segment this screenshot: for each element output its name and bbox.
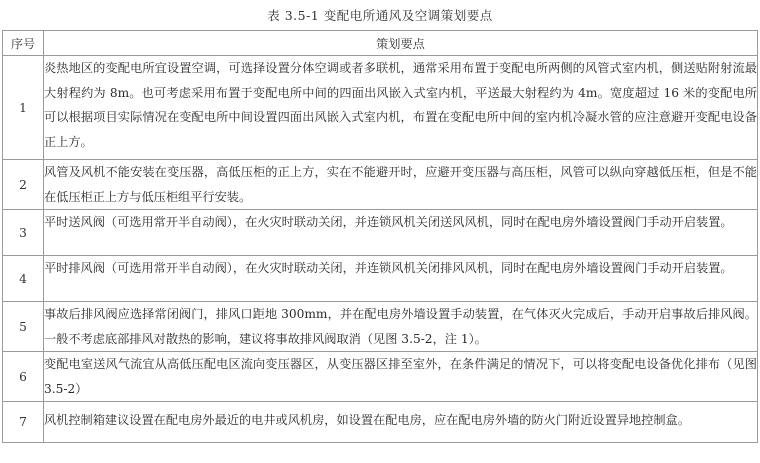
- row-text: 平时送风阀（可选用常开半自动阀），在火灾时联动关闭，并连锁风机关闭送风风机，同时…: [44, 210, 758, 256]
- row-text: 变配电室送风气流宜从高低压配电区流向变压器区，从变压器区排至室外，在条件满足的情…: [44, 352, 758, 402]
- table-row: 7 风机控制箱建议设置在配电房外最近的电井或风机房，如设置在配电房，应在配电房外…: [3, 402, 758, 443]
- row-text: 炎热地区的变配电所宜设置空调，可选择设置分体空调或者多联机，通常采用布置于变配电…: [44, 56, 758, 160]
- header-planning-points: 策划要点: [44, 31, 758, 56]
- row-text: 风管及风机不能安装在变压器，高低压柜的正上方，实在不能避开时，应避开变压器与高压…: [44, 160, 758, 210]
- row-number: 7: [3, 402, 44, 443]
- table-row: 6 变配电室送风气流宜从高低压配电区流向变压器区，从变压器区排至室外，在条件满足…: [3, 352, 758, 402]
- table-row: 4 平时排风阀（可选用常开半自动阀），在火灾时联动关闭，并连锁风机关闭排风风机，…: [3, 256, 758, 302]
- row-number: 6: [3, 352, 44, 402]
- table-header-row: 序号 策划要点: [3, 31, 758, 56]
- row-text: 平时排风阀（可选用常开半自动阀），在火灾时联动关闭，并连锁风机关闭排风风机，同时…: [44, 256, 758, 302]
- ventilation-planning-table: 序号 策划要点 1 炎热地区的变配电所宜设置空调，可选择设置分体空调或者多联机，…: [2, 30, 758, 443]
- row-number: 2: [3, 160, 44, 210]
- header-serial-number: 序号: [3, 31, 44, 56]
- row-text: 风机控制箱建议设置在配电房外最近的电井或风机房，如设置在配电房，应在配电房外墙的…: [44, 402, 758, 443]
- row-number: 5: [3, 302, 44, 352]
- row-text: 事故后排风阀应选择常闭阀门，排风口距地 300mm，并在配电房外墙设置手动装置，…: [44, 302, 758, 352]
- table-row: 2 风管及风机不能安装在变压器，高低压柜的正上方，实在不能避开时，应避开变压器与…: [3, 160, 758, 210]
- row-number: 1: [3, 56, 44, 160]
- table-row: 3 平时送风阀（可选用常开半自动阀），在火灾时联动关闭，并连锁风机关闭送风风机，…: [3, 210, 758, 256]
- table-caption: 表 3.5-1 变配电所通风及空调策划要点: [0, 6, 760, 24]
- table-row: 1 炎热地区的变配电所宜设置空调，可选择设置分体空调或者多联机，通常采用布置于变…: [3, 56, 758, 160]
- row-number: 4: [3, 256, 44, 302]
- row-number: 3: [3, 210, 44, 256]
- table-row: 5 事故后排风阀应选择常闭阀门，排风口距地 300mm，并在配电房外墙设置手动装…: [3, 302, 758, 352]
